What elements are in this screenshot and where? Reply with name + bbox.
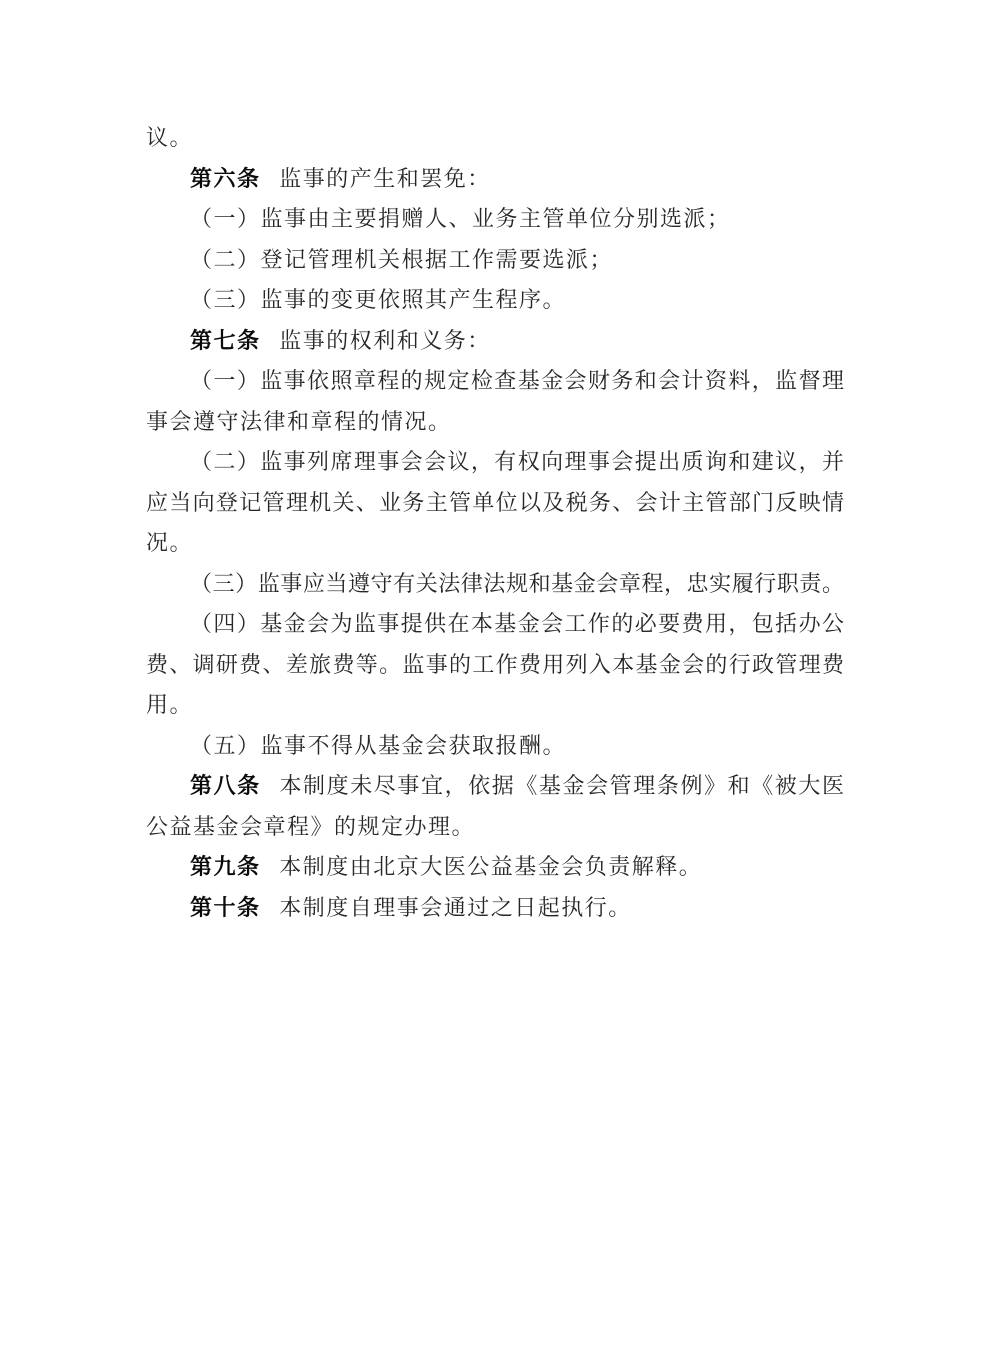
line-text: （三）监事的变更依照其产生程序。 bbox=[190, 287, 566, 312]
line-text: 本制度自理事会通过之日起执行。 bbox=[279, 895, 632, 920]
text-line: （三）监事的变更依照其产生程序。 bbox=[146, 280, 844, 321]
line-text: 应当向登记管理机关、业务主管单位以及税务、会计主管部门反映情 bbox=[146, 490, 844, 515]
text-line: （一）监事由主要捐赠人、业务主管单位分别选派； bbox=[146, 199, 844, 240]
line-text: （一）监事依照章程的规定检查基金会财务和会计资料，监督理 bbox=[190, 368, 844, 393]
text-line: （二）监事列席理事会会议，有权向理事会提出质询和建议，并 bbox=[146, 442, 844, 483]
text-line: （二）登记管理机关根据工作需要选派； bbox=[146, 240, 844, 281]
text-line: 第八条本制度未尽事宜，依据《基金会管理条例》和《被大医 bbox=[146, 766, 844, 807]
line-text: 费、调研费、差旅费等。监事的工作费用列入本基金会的行政管理费 bbox=[146, 652, 844, 677]
line-text: 监事的权利和义务： bbox=[279, 328, 491, 353]
line-text: 议。 bbox=[146, 125, 193, 150]
line-text: （四）基金会为监事提供在本基金会工作的必要费用，包括办公 bbox=[190, 611, 844, 636]
text-line: （三）监事应当遵守有关法律法规和基金会章程，忠实履行职责。 bbox=[146, 564, 844, 605]
text-line: 公益基金会章程》的规定办理。 bbox=[146, 807, 844, 848]
line-text: （二）登记管理机关根据工作需要选派； bbox=[190, 247, 613, 272]
text-line: 议。 bbox=[146, 118, 844, 159]
line-text: 监事的产生和罢免： bbox=[279, 166, 491, 191]
text-line: 第七条监事的权利和义务： bbox=[146, 321, 844, 362]
document-page: 议。第六条监事的产生和罢免：（一）监事由主要捐赠人、业务主管单位分别选派；（二）… bbox=[0, 0, 986, 1365]
text-line: （五）监事不得从基金会获取报酬。 bbox=[146, 726, 844, 767]
article-number: 第九条 bbox=[190, 854, 261, 879]
document-body: 议。第六条监事的产生和罢免：（一）监事由主要捐赠人、业务主管单位分别选派；（二）… bbox=[146, 118, 844, 928]
line-text: 本制度由北京大医公益基金会负责解释。 bbox=[279, 854, 702, 879]
line-text: 况。 bbox=[146, 530, 193, 555]
text-line: 况。 bbox=[146, 523, 844, 564]
text-line: 用。 bbox=[146, 685, 844, 726]
text-line: （四）基金会为监事提供在本基金会工作的必要费用，包括办公 bbox=[146, 604, 844, 645]
text-line: 事会遵守法律和章程的情况。 bbox=[146, 402, 844, 443]
article-number: 第七条 bbox=[190, 328, 261, 353]
text-line: 第九条本制度由北京大医公益基金会负责解释。 bbox=[146, 847, 844, 888]
article-number: 第十条 bbox=[190, 895, 261, 920]
text-line: 第十条本制度自理事会通过之日起执行。 bbox=[146, 888, 844, 929]
text-line: 费、调研费、差旅费等。监事的工作费用列入本基金会的行政管理费 bbox=[146, 645, 844, 686]
line-text: （三）监事应当遵守有关法律法规和基金会章程，忠实履行职责。 bbox=[190, 571, 844, 596]
line-text: 用。 bbox=[146, 692, 193, 717]
article-number: 第八条 bbox=[190, 773, 261, 798]
line-text: 事会遵守法律和章程的情况。 bbox=[146, 409, 452, 434]
line-text: （一）监事由主要捐赠人、业务主管单位分别选派； bbox=[190, 206, 731, 231]
line-text: （五）监事不得从基金会获取报酬。 bbox=[190, 733, 566, 758]
text-line: 第六条监事的产生和罢免： bbox=[146, 159, 844, 200]
text-line: 应当向登记管理机关、业务主管单位以及税务、会计主管部门反映情 bbox=[146, 483, 844, 524]
line-text: 公益基金会章程》的规定办理。 bbox=[146, 814, 475, 839]
line-text: （二）监事列席理事会会议，有权向理事会提出质询和建议，并 bbox=[190, 449, 844, 474]
line-text: 本制度未尽事宜，依据《基金会管理条例》和《被大医 bbox=[279, 773, 844, 798]
text-line: （一）监事依照章程的规定检查基金会财务和会计资料，监督理 bbox=[146, 361, 844, 402]
article-number: 第六条 bbox=[190, 166, 261, 191]
